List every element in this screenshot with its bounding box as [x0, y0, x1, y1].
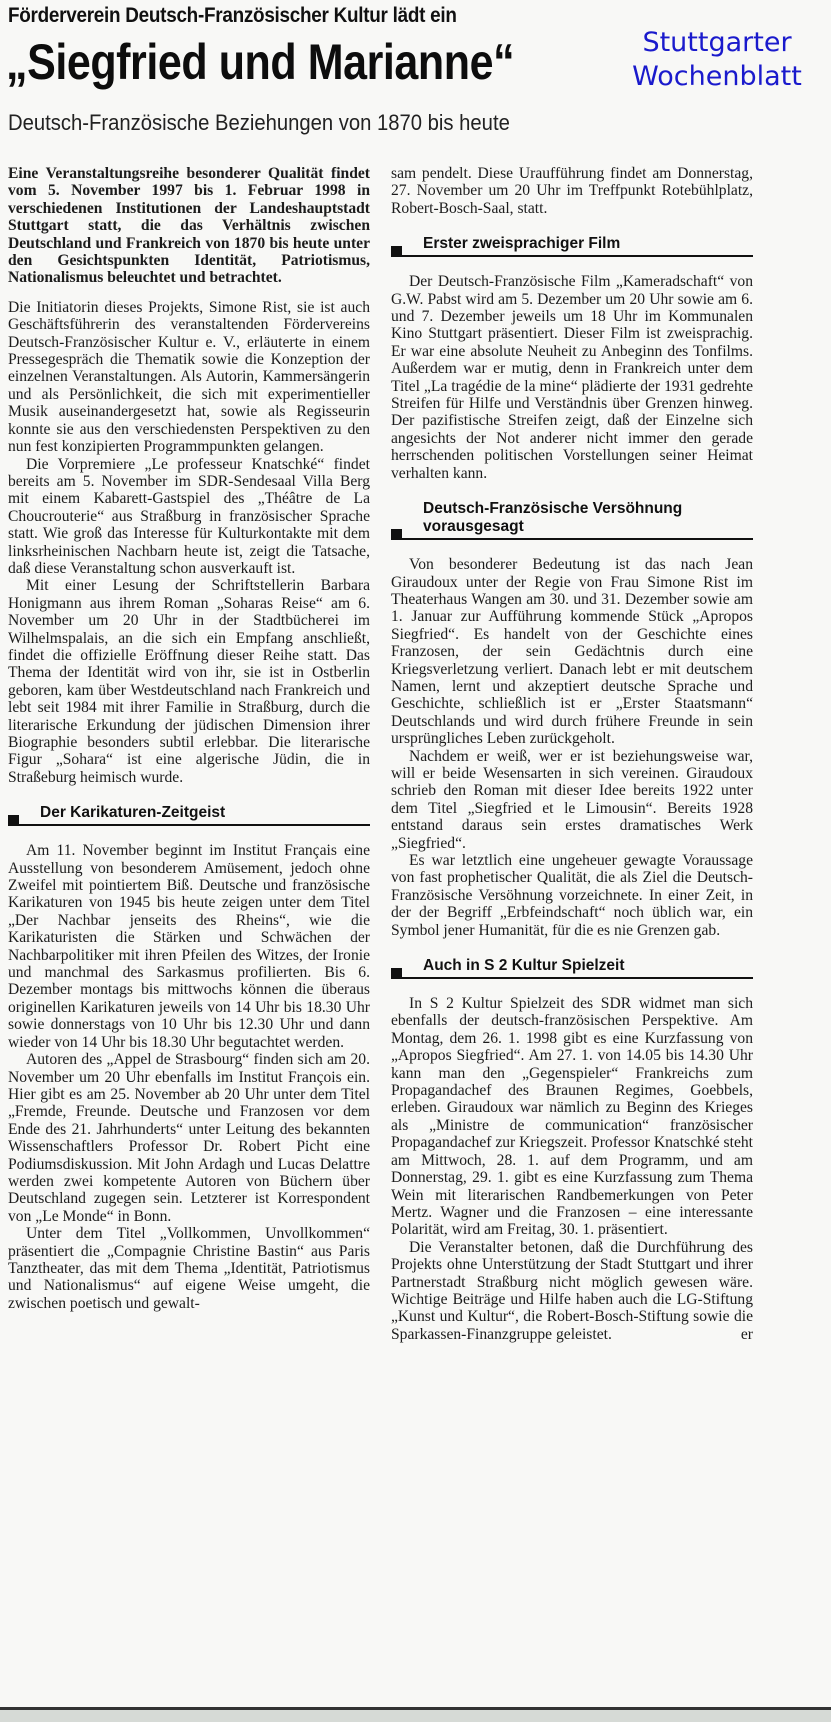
body-paragraph: Nachdem er weiß, wer er ist beziehungswe…	[391, 748, 753, 852]
section-heading-versoehnung: Deutsch-Französische Versöhnung vorausge…	[391, 500, 753, 540]
body-paragraph: Die Veranstalter betonen, daß die Durchf…	[391, 1239, 753, 1343]
body-paragraph: sam pendelt. Diese Uraufführung findet a…	[391, 165, 753, 217]
author-signature: er	[723, 1326, 753, 1343]
section-square-icon	[391, 968, 402, 979]
section-square-icon	[391, 246, 402, 257]
body-paragraph: Von besonderer Bedeutung ist das nach Je…	[391, 556, 753, 747]
section-heading-karikaturen: Der Karikaturen-Zeitgeist	[8, 804, 370, 826]
section-square-icon	[391, 529, 402, 540]
closing-paragraph-text: Die Veranstalter betonen, daß die Durchf…	[391, 1239, 753, 1343]
section-heading-text: Deutsch-Französische Versöhnung vorausge…	[423, 500, 682, 535]
article-subheadline: Deutsch-Französische Beziehungen von 187…	[8, 110, 510, 136]
publication-name-line1: Stuttgarter	[612, 26, 822, 60]
left-column: Eine Veranstaltungsreihe besonderer Qual…	[8, 165, 370, 1312]
publication-name: Stuttgarter Wochenblatt	[612, 26, 822, 94]
body-paragraph: Autoren des „Appel de Strasbourg“ finden…	[8, 1051, 370, 1225]
bottom-band	[0, 1710, 831, 1722]
body-paragraph: Unter dem Titel „Vollkommen, Unvollkomme…	[8, 1225, 370, 1312]
section-heading-text: Erster zweisprachiger Film	[423, 235, 620, 252]
section-heading-film: Erster zweisprachiger Film	[391, 235, 753, 257]
newspaper-clipping: Förderverein Deutsch-Französischer Kultu…	[0, 0, 831, 1722]
section-heading-text: Auch in S 2 Kultur Spielzeit	[423, 957, 625, 974]
body-paragraph: In S 2 Kultur Spielzeit des SDR widmet m…	[391, 995, 753, 1239]
publication-name-line2: Wochenblatt	[612, 60, 822, 94]
section-heading-s2-kultur: Auch in S 2 Kultur Spielzeit	[391, 957, 753, 979]
body-paragraph: Mit einer Lesung der Schriftstellerin Ba…	[8, 577, 370, 786]
body-paragraph: Der Deutsch-Französische Film „Kameradsc…	[391, 273, 753, 482]
article-kicker: Förderverein Deutsch-Französischer Kultu…	[8, 4, 457, 28]
article-headline: „Siegfried und Marianne“	[6, 32, 514, 92]
body-paragraph: Die Initiatorin dieses Projekts, Simone …	[8, 299, 370, 456]
lead-paragraph: Eine Veranstaltungsreihe besonderer Qual…	[8, 165, 370, 287]
section-heading-text: Der Karikaturen-Zeitgeist	[40, 804, 225, 821]
body-paragraph: Die Vorpremiere „Le professeur Knatschké…	[8, 456, 370, 578]
section-square-icon	[8, 815, 19, 826]
body-paragraph: Am 11. November beginnt im Institut Fran…	[8, 842, 370, 1051]
body-paragraph: Es war letztlich eine ungeheuer gewagte …	[391, 852, 753, 939]
right-column: sam pendelt. Diese Uraufführung findet a…	[391, 165, 753, 1343]
